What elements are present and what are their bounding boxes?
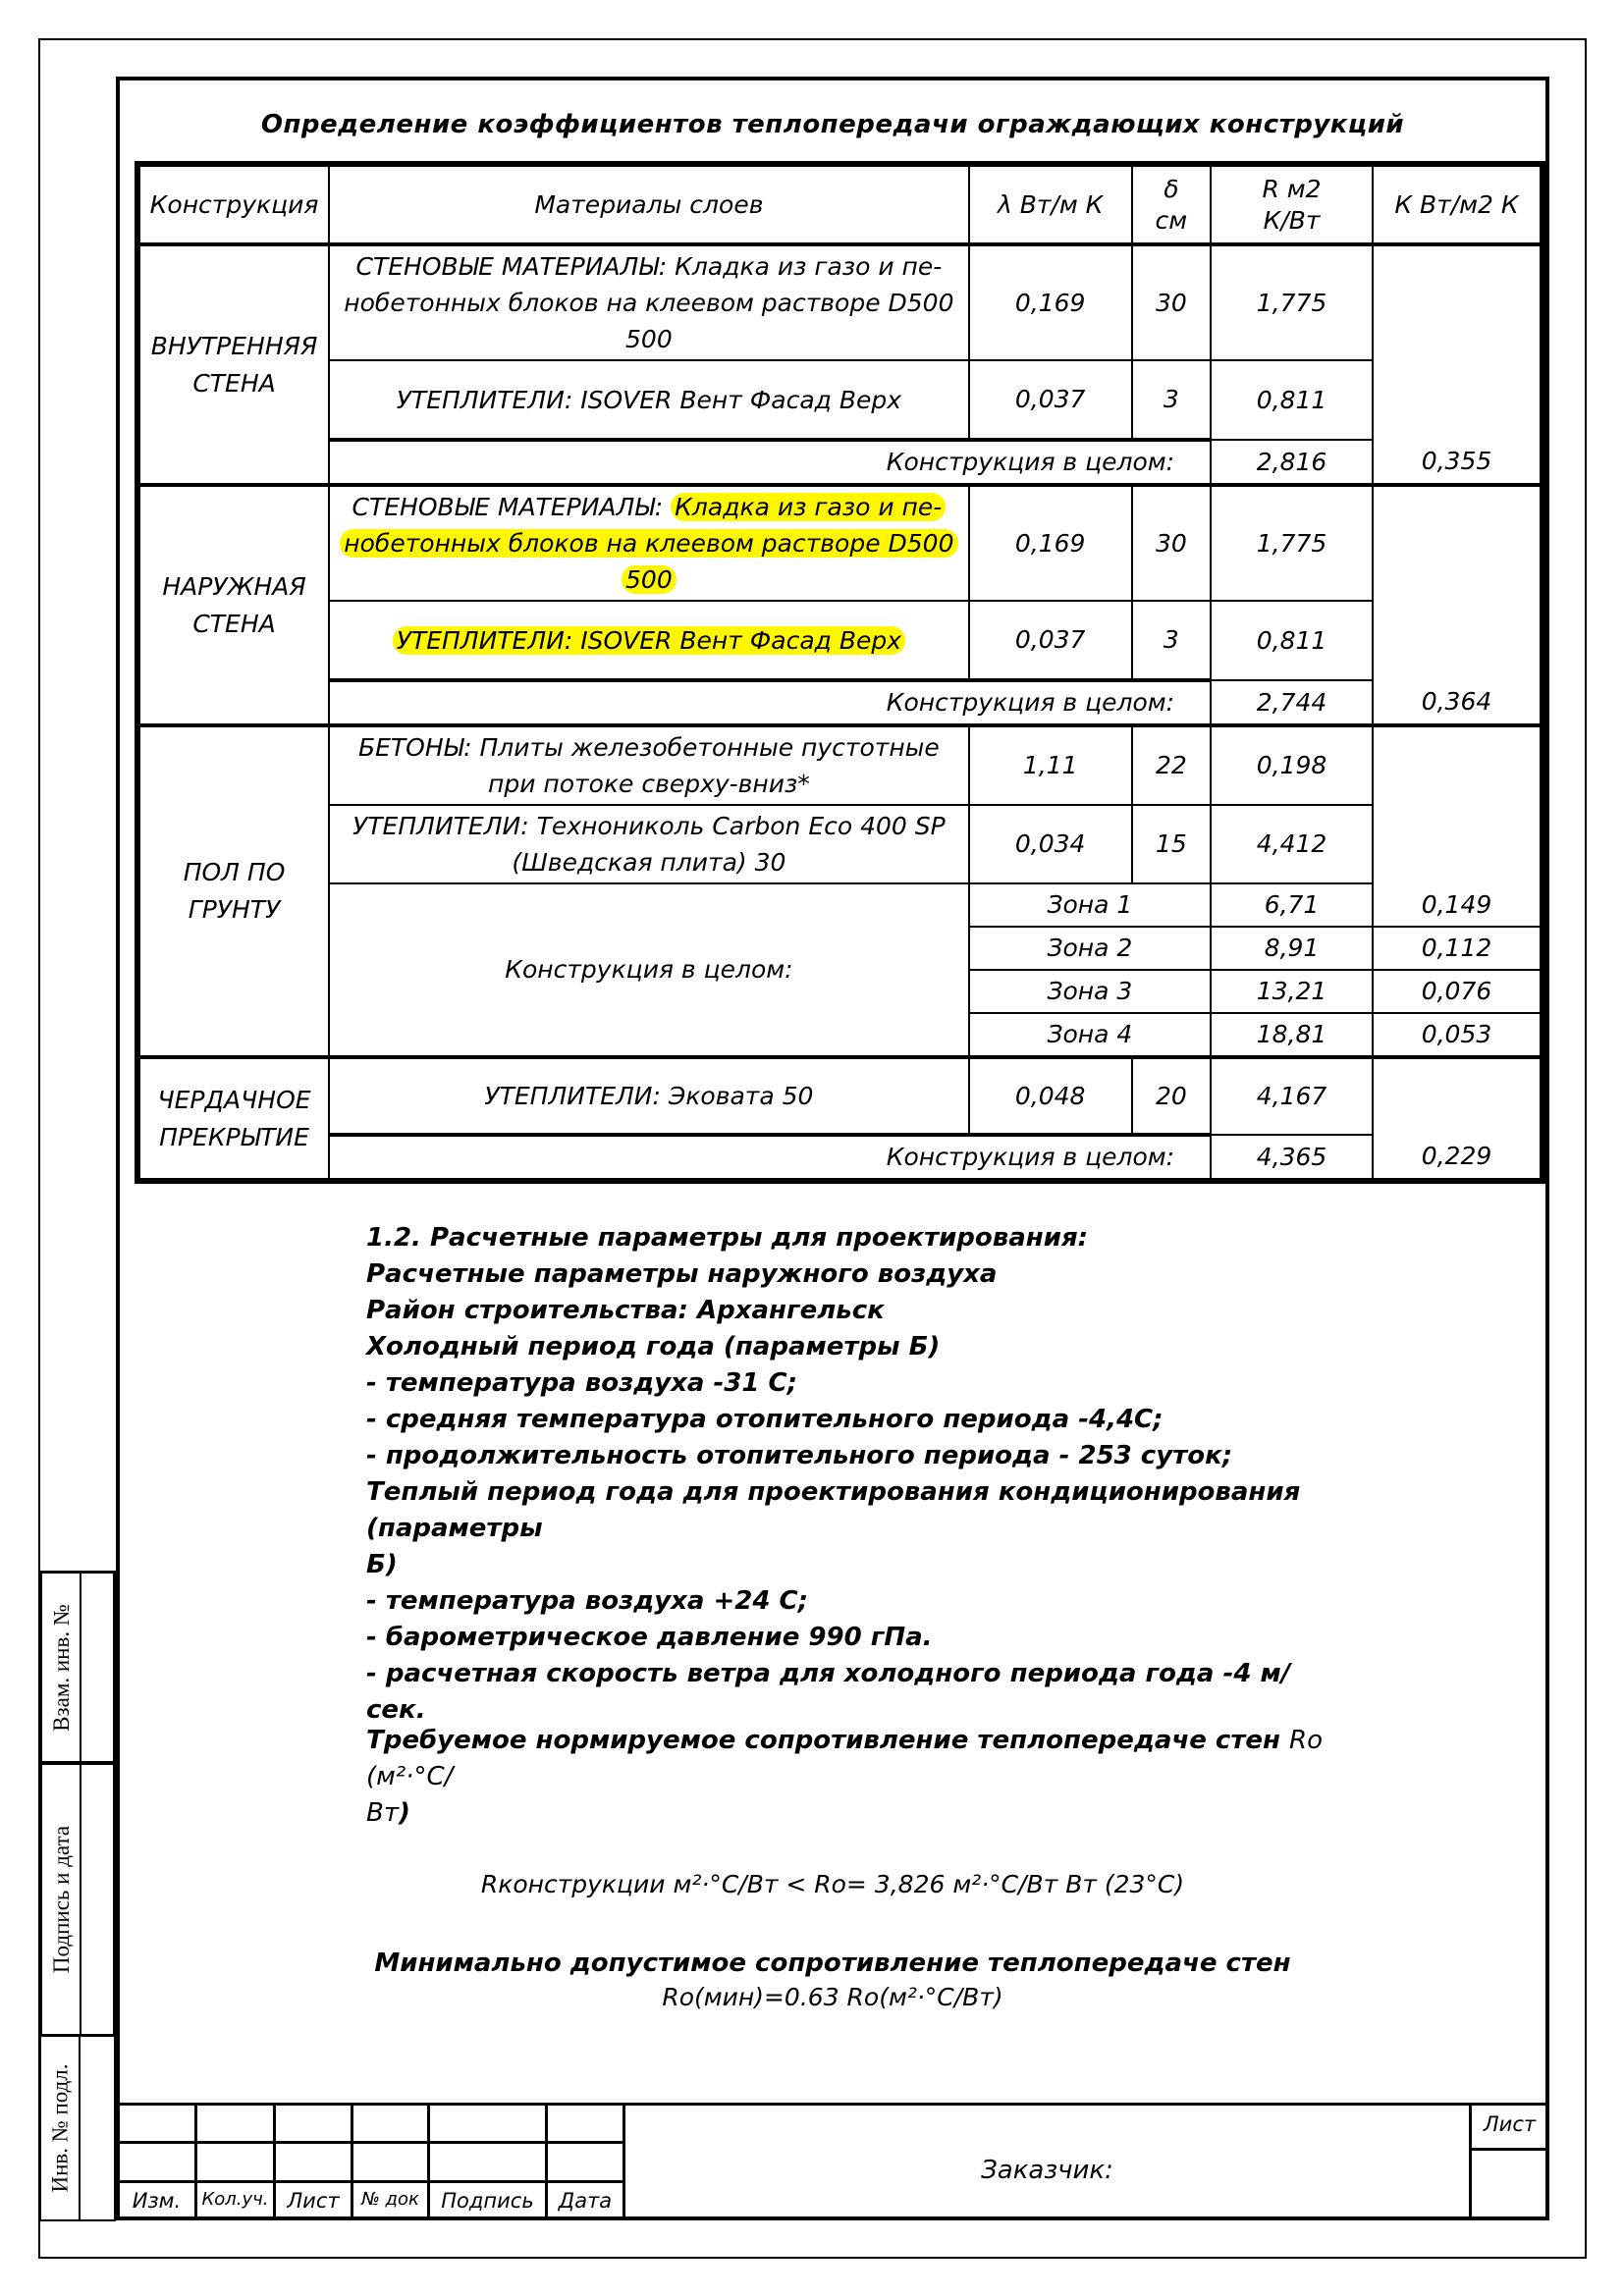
material-text: БЕТОНЫ: Плиты железобетонные пустотные п… <box>358 733 940 798</box>
title-block-col-3: № док <box>353 2189 427 2210</box>
parameter-line: - барометрическое давление 990 гПа. <box>366 1620 1348 1656</box>
k-cell-empty <box>1373 244 1541 440</box>
req-unit-line2: Вт <box>366 1798 399 1828</box>
total-label: Конструкция в целом: <box>329 883 969 1057</box>
stamp-sign-date: Подпись и дата <box>39 1762 116 2037</box>
delta-cell: 3 <box>1132 360 1211 440</box>
header-materials: Материалы слоев <box>329 166 969 244</box>
table-row: УТЕПЛИТЕЛИ: Технониколь Carbon Eco 400 S… <box>139 805 1541 883</box>
parameter-line: - температура воздуха +24 С; <box>366 1583 1348 1620</box>
design-parameters: 1.2. Расчетные параметры для проектирова… <box>366 1220 1348 1729</box>
zone-r: 18,81 <box>1211 1013 1373 1057</box>
material-text: УТЕПЛИТЕЛИ: ISOVER Вент Фасад Верх <box>397 386 901 414</box>
stamp-inv-original-label: Инв. № подл. <box>48 2063 74 2192</box>
material-cell: УТЕПЛИТЕЛИ: Технониколь Carbon Eco 400 S… <box>329 805 969 883</box>
material-cell: УТЕПЛИТЕЛИ: Эковата 50 <box>329 1057 969 1135</box>
zone-k: 0,112 <box>1373 927 1541 970</box>
lambda-cell: 0,034 <box>969 805 1132 883</box>
minimum-resistance-formula: Ro(мин)=0.63 Ro(м²·°С/Вт) <box>116 1983 1549 2011</box>
total-k: 0,355 <box>1373 440 1541 485</box>
total-k: 0,364 <box>1373 680 1541 725</box>
minimum-resistance-heading: Минимально допустимое сопротивление тепл… <box>116 1946 1549 1982</box>
total-r: 4,365 <box>1211 1135 1373 1179</box>
lambda-cell: 0,037 <box>969 601 1132 680</box>
table-row: НАРУЖНАЯСТЕНАСТЕНОВЫЕ МАТЕРИАЛЫ: Кладка … <box>139 485 1541 601</box>
table-row: ПОЛ ПОГРУНТУБЕТОНЫ: Плиты железобетонные… <box>139 725 1541 805</box>
header-delta: δсм <box>1132 166 1211 244</box>
zone-k: 0,076 <box>1373 970 1541 1013</box>
table-header-row: КонструкцияМатериалы слоевλ Вт/м КδсмR м… <box>139 166 1541 244</box>
parameter-line: Расчетные параметры наружного воздуха <box>366 1256 1348 1293</box>
delta-cell: 3 <box>1132 601 1211 680</box>
required-resistance-heading: Требуемое нормируемое сопротивление тепл… <box>366 1723 1348 1832</box>
title-block-col-4: Подпись <box>430 2189 545 2213</box>
stamp-sign-date-label: Подпись и дата <box>49 1826 75 1973</box>
zone-label: Зона 3 <box>969 970 1211 1013</box>
total-label: Конструкция в целом: <box>329 440 1211 485</box>
construction-name: ПОЛ ПОГРУНТУ <box>139 725 329 1057</box>
header-construction: Конструкция <box>139 166 329 244</box>
delta-cell: 22 <box>1132 725 1211 805</box>
zone-k: 0,053 <box>1373 1013 1541 1057</box>
zone-row: Конструкция в целом:Зона 16,710,149 <box>139 883 1541 927</box>
table-row: УТЕПЛИТЕЛИ: ISOVER Вент Фасад Верх0,0373… <box>139 601 1541 680</box>
parameter-line: Холодный период года (параметры Б) <box>366 1329 1348 1365</box>
material-text: УТЕПЛИТЕЛИ: ISOVER Вент Фасад Верх <box>393 626 905 655</box>
total-row: Конструкция в целом:4,3650,229 <box>139 1135 1541 1179</box>
zone-k: 0,149 <box>1373 883 1541 927</box>
sheet-label: Лист <box>1472 2112 1547 2136</box>
parameter-line: Район строительства: Архангельск <box>366 1293 1348 1329</box>
total-label: Конструкция в целом: <box>329 1135 1211 1179</box>
delta-cell: 20 <box>1132 1057 1211 1135</box>
material-cell: БЕТОНЫ: Плиты железобетонные пустотные п… <box>329 725 969 805</box>
parameter-line: - расчетная скорость ветра для холодного… <box>366 1656 1348 1729</box>
title-block-col-1: Кол.уч. <box>197 2189 273 2210</box>
total-r: 2,816 <box>1211 440 1373 485</box>
delta-cell: 15 <box>1132 805 1211 883</box>
stamp-replace-inv: Взам. инв. № <box>39 1571 116 1764</box>
construction-name: НАРУЖНАЯСТЕНА <box>139 485 329 725</box>
construction-name: ВНУТРЕННЯЯСТЕНА <box>139 244 329 485</box>
title-block-col-0: Изм. <box>119 2189 194 2213</box>
stamp-inv-original: Инв. № подл. <box>39 2035 116 2221</box>
material-cell: СТЕНОВЫЕ МАТЕРИАЛЫ: Кладка из газо и пе-… <box>329 244 969 360</box>
r-cell: 1,775 <box>1211 244 1373 360</box>
table-row: ЧЕРДАЧНОЕПРЕКРЫТИЕУТЕПЛИТЕЛИ: Эковата 50… <box>139 1057 1541 1135</box>
resistance-formula: Rконструкции м²·°С/Вт < Ro= 3,826 м²·°С/… <box>116 1870 1549 1898</box>
req-bold: Требуемое нормируемое сопротивление тепл… <box>366 1726 1289 1755</box>
lambda-cell: 0,048 <box>969 1057 1132 1135</box>
construction-name: ЧЕРДАЧНОЕПРЕКРЫТИЕ <box>139 1057 329 1179</box>
zone-label: Зона 2 <box>969 927 1211 970</box>
zone-r: 13,21 <box>1211 970 1373 1013</box>
parameter-line: Теплый период года для проектирования ко… <box>366 1474 1348 1547</box>
req-close: ) <box>399 1798 410 1828</box>
header-lambda: λ Вт/м К <box>969 166 1132 244</box>
k-cell-empty <box>1373 1057 1541 1135</box>
table-row: ВНУТРЕННЯЯСТЕНАСТЕНОВЫЕ МАТЕРИАЛЫ: Кладк… <box>139 244 1541 360</box>
r-cell: 4,167 <box>1211 1057 1373 1135</box>
r-cell: 1,775 <box>1211 485 1373 601</box>
r-cell: 0,811 <box>1211 601 1373 680</box>
r-cell: 4,412 <box>1211 805 1373 883</box>
zone-r: 8,91 <box>1211 927 1373 970</box>
lambda-cell: 0,169 <box>969 485 1132 601</box>
parameter-line: - температура воздуха -31 С; <box>366 1365 1348 1402</box>
header-r: R м2К/Вт <box>1211 166 1373 244</box>
parameter-line: 1.2. Расчетные параметры для проектирова… <box>366 1220 1348 1256</box>
customer-label: Заказчик: <box>624 2156 1470 2185</box>
parameter-line: - средняя температура отопительного пери… <box>366 1402 1348 1438</box>
total-k: 0,229 <box>1373 1135 1541 1179</box>
material-text: Кладка из газо и пе-нобетонных блоков на… <box>344 252 953 353</box>
k-cell-empty <box>1373 485 1541 680</box>
lambda-cell: 1,11 <box>969 725 1132 805</box>
zone-label: Зона 1 <box>969 883 1211 927</box>
parameter-line: Б) <box>366 1547 1348 1583</box>
r-cell: 0,811 <box>1211 360 1373 440</box>
total-row: Конструкция в целом:2,8160,355 <box>139 440 1541 485</box>
material-cell: СТЕНОВЫЕ МАТЕРИАЛЫ: Кладка из газо и пе-… <box>329 485 969 601</box>
delta-cell: 30 <box>1132 244 1211 360</box>
material-cell: УТЕПЛИТЕЛИ: ISOVER Вент Фасад Верх <box>329 601 969 680</box>
stamp-replace-inv-label: Взам. инв. № <box>49 1604 75 1732</box>
heat-transfer-table: КонструкцияМатериалы слоевλ Вт/м КδсмR м… <box>138 165 1542 1180</box>
material-cell: УТЕПЛИТЕЛИ: ISOVER Вент Фасад Верх <box>329 360 969 440</box>
title-block-col-5: Дата <box>548 2189 623 2213</box>
total-r: 2,744 <box>1211 680 1373 725</box>
parameter-line: - продолжительность отопительного период… <box>366 1438 1348 1474</box>
title-block-col-2: Лист <box>276 2189 351 2213</box>
delta-cell: 30 <box>1132 485 1211 601</box>
zone-r: 6,71 <box>1211 883 1373 927</box>
r-cell: 0,198 <box>1211 725 1373 805</box>
document-title: Определение коэффициентов теплопередачи … <box>116 110 1549 139</box>
header-k: К Вт/м2 К <box>1373 166 1541 244</box>
material-text: Кладка из газо и пе-нобетонных блоков на… <box>340 493 957 594</box>
material-text: УТЕПЛИТЕЛИ: Эковата 50 <box>484 1082 813 1110</box>
k-cell-empty <box>1373 725 1541 883</box>
total-row: Конструкция в целом:2,7440,364 <box>139 680 1541 725</box>
total-label: Конструкция в целом: <box>329 680 1211 725</box>
zone-label: Зона 4 <box>969 1013 1211 1057</box>
lambda-cell: 0,169 <box>969 244 1132 360</box>
lambda-cell: 0,037 <box>969 360 1132 440</box>
material-text: УТЕПЛИТЕЛИ: Технониколь Carbon Eco 400 S… <box>352 812 946 877</box>
table-row: УТЕПЛИТЕЛИ: ISOVER Вент Фасад Верх0,0373… <box>139 360 1541 440</box>
